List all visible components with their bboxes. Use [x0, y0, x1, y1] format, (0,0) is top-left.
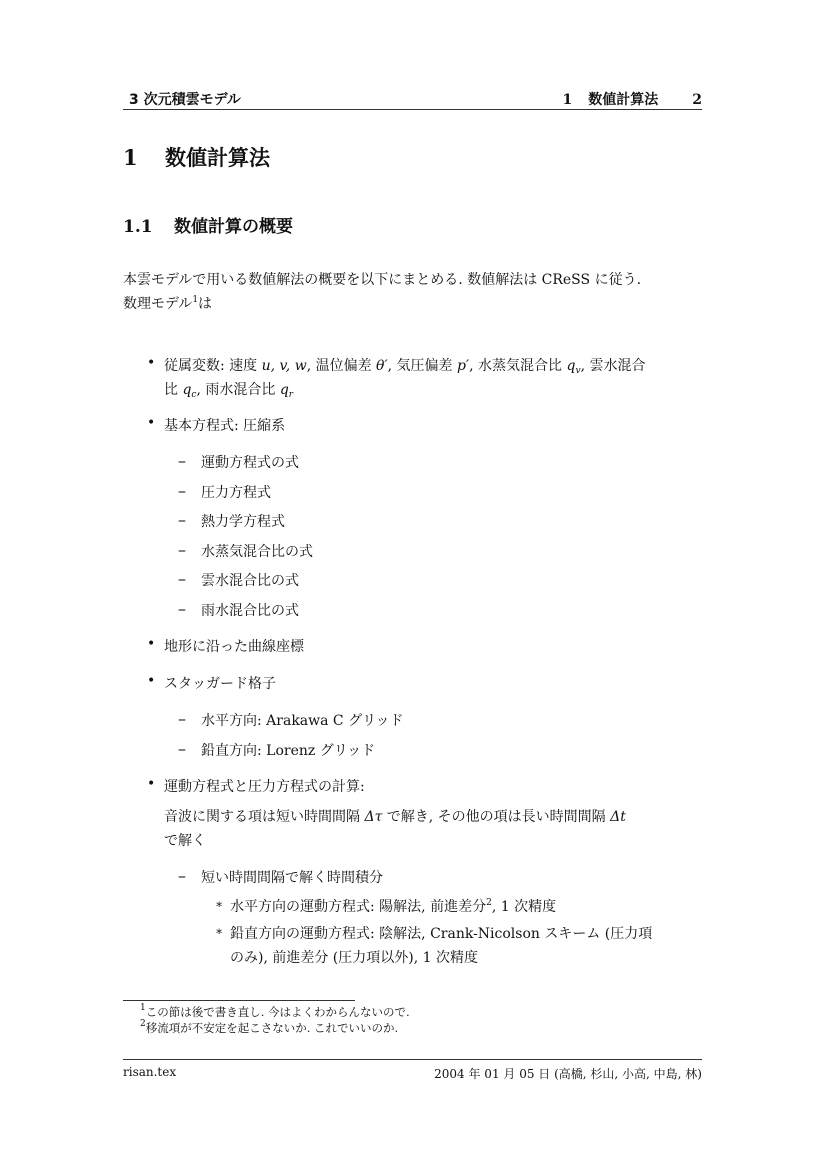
dash-icon: –: [178, 866, 186, 885]
list-item-terrain-coordinates: 地形に沿った曲線座標: [164, 635, 704, 659]
item-description-cont: で解く: [164, 829, 704, 853]
intro-line-1: 本雲モデルで用いる数値解法の概要を以下にまとめる. 数値解法は CReSS に従…: [123, 268, 703, 292]
dash-icon: –: [178, 569, 186, 588]
footnote-text: この節は後で書き直し. 今はよくわからんないので.: [146, 1005, 410, 1019]
dash-icon: –: [178, 451, 186, 470]
intro-text: 数理モデル: [123, 296, 192, 312]
subsublist-item-vertical: 鉛直方向の運動方程式: 陰解法, Crank-Nicolson スキーム (圧力…: [230, 922, 705, 970]
sublist-item: 雲水混合比の式: [201, 569, 701, 593]
math-qv: qv: [567, 358, 581, 374]
header-section: 1数値計算法2: [563, 89, 703, 109]
dash-icon: –: [178, 599, 186, 618]
text: , 気圧偏差: [388, 358, 457, 374]
header-title: 3 次元積雲モデル: [129, 89, 241, 109]
text: , 温位偏差: [307, 358, 376, 374]
bullet-icon: •: [147, 355, 155, 371]
section-heading: 1数値計算法: [123, 142, 270, 172]
dash-icon: –: [178, 510, 186, 529]
running-footer: risan.tex 2004 年 01 月 05 日 (高橋, 杉山, 小高, …: [123, 1059, 702, 1060]
text: , 水蒸気混合比: [469, 358, 566, 374]
intro-text: は: [198, 296, 212, 312]
sublist-item: 圧力方程式: [201, 481, 701, 505]
math-qr: qr: [280, 382, 293, 398]
dash-icon: –: [178, 739, 186, 758]
header-section-number: 1: [563, 92, 573, 108]
bullet-icon: •: [147, 776, 155, 792]
sublist-item: 熱力学方程式: [201, 510, 701, 534]
sublist-item: 運動方程式の式: [201, 451, 701, 475]
list-item-staggered-grid: スタッガード格子: [164, 672, 704, 696]
bullet-icon: •: [147, 673, 155, 689]
subsection-heading: 1.1数値計算の概要: [123, 212, 293, 237]
footer-filename: risan.tex: [123, 1065, 176, 1079]
text: q: [280, 382, 289, 398]
math-uvw: u, v, w: [262, 358, 307, 374]
sublist-item: 水平方向: Arakawa C グリッド: [201, 709, 701, 733]
text: , 1 次精度: [492, 899, 556, 915]
sublist-item: 水蒸気混合比の式: [201, 540, 701, 564]
text: , 雲水混合: [581, 358, 646, 374]
sublist-item: 鉛直方向: Lorenz グリッド: [201, 739, 701, 763]
list-item-basic-equations: 基本方程式: 圧縮系: [164, 414, 704, 438]
footnote-1: 1この節は後で書き直し. 今はよくわからんないので.: [140, 1004, 410, 1020]
text: , 雨水混合比: [196, 382, 279, 398]
running-header: 3 次元積雲モデル 1数値計算法2: [123, 88, 702, 110]
bullet-icon: •: [147, 415, 155, 431]
text: 従属変数: 速度: [164, 358, 262, 374]
bullet-icon: •: [147, 636, 155, 652]
subsection-title: 数値計算の概要: [174, 217, 293, 237]
text: 鉛直方向の運動方程式: 陰解法, Crank-Nicolson スキーム (圧力…: [230, 922, 705, 946]
sublist-item-short-step: 短い時間間隔で解く時間積分: [201, 866, 701, 890]
subsublist-item-horizontal: 水平方向の運動方程式: 陽解法, 前進差分2, 1 次精度: [230, 895, 705, 919]
dash-icon: –: [178, 540, 186, 559]
item-label: 運動方程式と圧力方程式の計算:: [164, 775, 704, 799]
intro-line-2: 数理モデル1は: [123, 292, 703, 316]
math-qc: qc: [182, 382, 196, 398]
asterisk-icon: ∗: [215, 924, 223, 938]
math-dt: Δt: [610, 809, 626, 825]
sublist-item: 雨水混合比の式: [201, 599, 701, 623]
text: 比: [164, 382, 182, 398]
page-number: 2: [692, 92, 702, 108]
footer-date-authors: 2004 年 01 月 05 日 (高橋, 杉山, 小高, 中島, 林): [434, 1065, 702, 1082]
dash-icon: –: [178, 709, 186, 728]
section-number: 1: [123, 145, 165, 170]
dash-icon: –: [178, 481, 186, 500]
text: で解き, その他の項は長い時間間隔: [382, 809, 610, 825]
text: r: [289, 390, 293, 400]
text: のみ), 前進差分 (圧力項以外), 1 次精度: [230, 946, 705, 970]
intro-paragraph: 本雲モデルで用いる数値解法の概要を以下にまとめる. 数値解法は CReSS に従…: [123, 268, 703, 316]
item-description: 音波に関する項は短い時間間隔 Δτ で解き, その他の項は長い時間間隔 Δt: [164, 805, 704, 829]
text: 水平方向の運動方程式: 陽解法, 前進差分: [230, 899, 486, 915]
math-p: p′: [457, 358, 469, 374]
header-section-title: 数値計算法: [588, 92, 658, 108]
list-item-momentum-pressure: 運動方程式と圧力方程式の計算: 音波に関する項は短い時間間隔 Δτ で解き, そ…: [164, 775, 704, 853]
section-title: 数値計算法: [165, 146, 270, 170]
asterisk-icon: ∗: [215, 897, 223, 911]
subsection-number: 1.1: [123, 217, 174, 237]
footnote-rule: [123, 1000, 355, 1001]
text: 音波に関する項は短い時間間隔: [164, 809, 364, 825]
math-theta: θ′: [376, 358, 388, 374]
list-item-dependent-variables: 従属変数: 速度 u, v, w, 温位偏差 θ′, 気圧偏差 p′, 水蒸気混…: [164, 354, 704, 402]
document-page: 3 次元積雲モデル 1数値計算法2 1数値計算法 1.1数値計算の概要 本雲モデ…: [0, 0, 826, 1169]
footnote-text: 移流項が不安定を起こさないか. これでいいのか.: [146, 1021, 398, 1035]
math-dtau: Δτ: [364, 809, 382, 825]
footnote-2: 2移流項が不安定を起こさないか. これでいいのか.: [140, 1020, 398, 1036]
